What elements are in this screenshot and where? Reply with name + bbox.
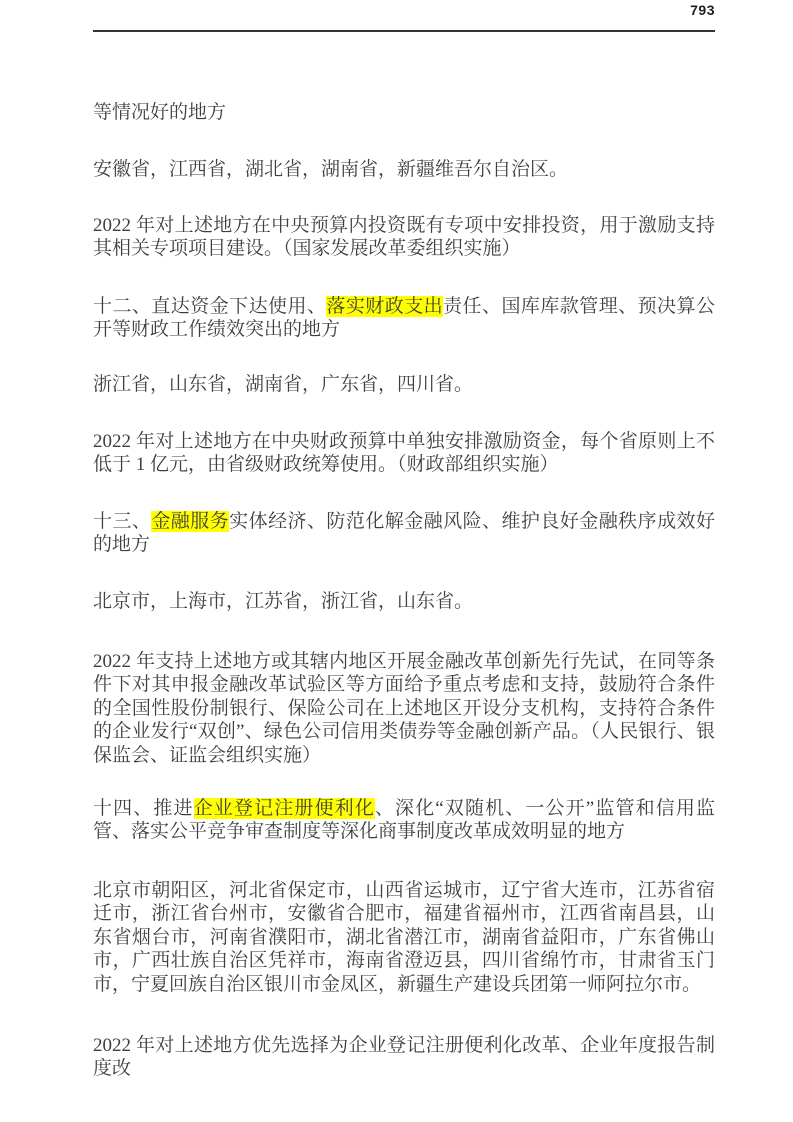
paragraph-8: 北京市，上海市，江苏省，浙江省，山东省。 bbox=[93, 590, 715, 613]
paragraph-7: 十三、金融服务实体经济、防范化解金融风险、维护良好金融秩序成效好的地方 bbox=[93, 510, 715, 557]
text-run: 北京市朝阳区，河北省保定市，山西省运城市，辽宁省大连市，江苏省宿迁市，浙江省台州… bbox=[93, 880, 715, 995]
paragraph-11: 北京市朝阳区，河北省保定市，山西省运城市，辽宁省大连市，江苏省宿迁市，浙江省台州… bbox=[93, 879, 715, 996]
text-run: 北京市，上海市，江苏省，浙江省，山东省。 bbox=[93, 591, 473, 612]
paragraph-3: 2022 年对上述地方在中央预算内投资既有专项中安排投资，用于激励支持其相关专项… bbox=[93, 214, 715, 261]
paragraph-4: 十二、直达资金下达使用、落实财政支出责任、国库库款管理、预决算公开等财政工作绩效… bbox=[93, 295, 715, 342]
text-run: 浙江省，山东省，湖南省，广东省，四川省。 bbox=[93, 374, 473, 395]
paragraph-2: 安徽省，江西省，湖北省，湖南省，新疆维吾尔自治区。 bbox=[93, 158, 715, 181]
paragraph-5: 浙江省，山东省，湖南省，广东省，四川省。 bbox=[93, 373, 715, 396]
highlighted-text: 落实财政支出 bbox=[326, 296, 443, 317]
text-run: 2022 年对上述地方优先选择为企业登记注册便利化改革、企业年度报告制度改 bbox=[93, 1035, 715, 1079]
text-run: 2022 年对上述地方在中央财政预算中单独安排激励资金，每个省原则上不低于 1 … bbox=[93, 431, 715, 475]
paragraph-12: 2022 年对上述地方优先选择为企业登记注册便利化改革、企业年度报告制度改 bbox=[93, 1034, 715, 1081]
text-run: 等情况好的地方 bbox=[93, 102, 226, 123]
paragraph-10: 十四、推进企业登记注册便利化、深化“双随机、一公开”监管和信用监管、落实公平竞争… bbox=[93, 797, 715, 844]
paragraph-9: 2022 年支持上述地方或其辖内地区开展金融改革创新先行先试，在同等条件下对其申… bbox=[93, 650, 715, 767]
paragraph-1: 等情况好的地方 bbox=[93, 101, 715, 124]
text-run: 十三、 bbox=[93, 511, 151, 532]
highlighted-text: 金融服务 bbox=[151, 511, 229, 532]
text-run: 十二、直达资金下达使用、 bbox=[93, 296, 326, 317]
highlighted-text: 企业登记注册便利化 bbox=[194, 798, 375, 819]
text-run: 十四、推进 bbox=[93, 798, 194, 819]
text-run: 安徽省，江西省，湖北省，湖南省，新疆维吾尔自治区。 bbox=[93, 159, 568, 180]
document-body: 等情况好的地方安徽省，江西省，湖北省，湖南省，新疆维吾尔自治区。2022 年对上… bbox=[0, 0, 793, 1122]
text-run: 2022 年支持上述地方或其辖内地区开展金融改革创新先行先试，在同等条件下对其申… bbox=[93, 651, 715, 766]
text-run: 2022 年对上述地方在中央预算内投资既有专项中安排投资，用于激励支持其相关专项… bbox=[93, 215, 715, 259]
paragraph-6: 2022 年对上述地方在中央财政预算中单独安排激励资金，每个省原则上不低于 1 … bbox=[93, 430, 715, 477]
